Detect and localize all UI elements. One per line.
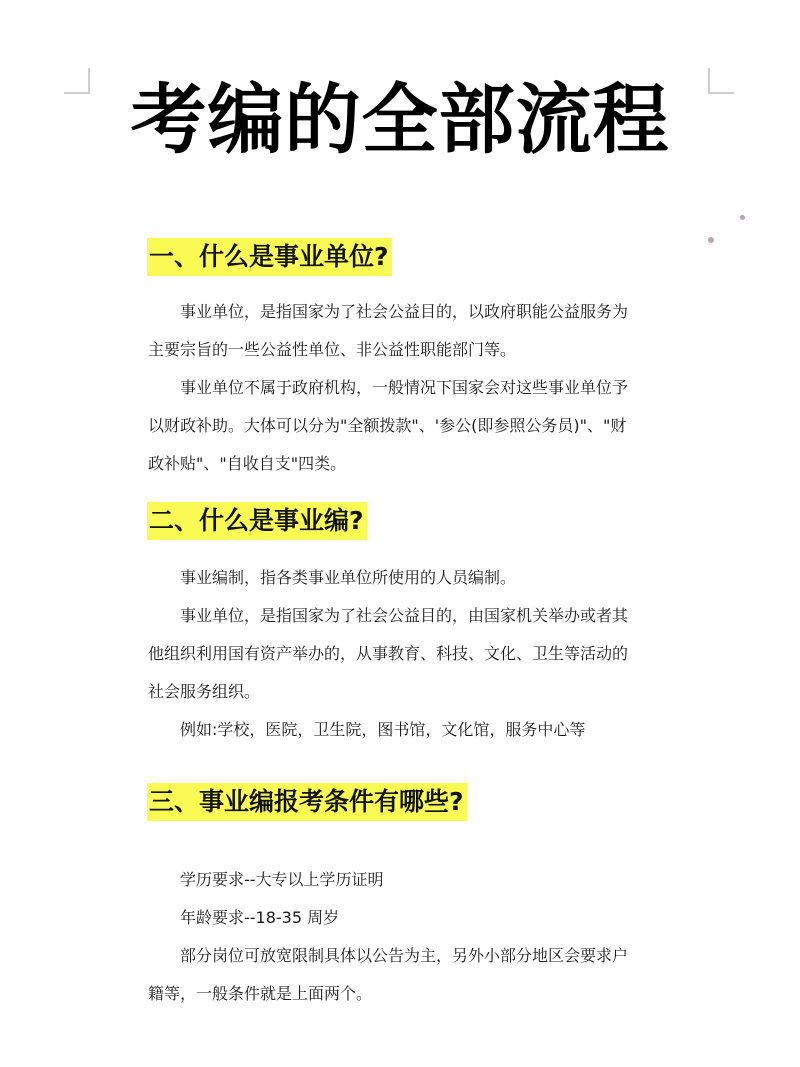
paragraph-line: 部分岗位可放宽限制具体以公告为主，另外小部分地区会要求户 (148, 937, 690, 975)
decorative-dot (740, 215, 745, 220)
section-heading-2: 二、什么是事业编? (147, 502, 367, 540)
paragraph-line: 事业编制，指各类事业单位所使用的人员编制。 (148, 559, 690, 597)
paragraph-line: 事业单位不属于政府机构，一般情况下国家会对这些事业单位予 (148, 369, 690, 407)
section-heading-1: 一、什么是事业单位? (147, 238, 392, 276)
paragraph-line: 学历要求--大专以上学历证明 (148, 861, 690, 899)
section-heading-3: 三、事业编报考条件有哪些? (147, 783, 467, 821)
paragraph-line: 社会服务组织。 (148, 673, 658, 711)
paragraph-line: 以财政补助。大体可以分为"全额拨款"、'参公(即参照公务员)"、"财 (148, 407, 658, 445)
paragraph-line: 例如:学校，医院，卫生院，图书馆，文化馆，服务中心等 (148, 711, 690, 749)
decorative-dot (708, 237, 714, 243)
page-title: 考编的全部流程 (0, 72, 800, 168)
paragraph-line: 事业单位，是指国家为了社会公益目的，由国家机关举办或者其 (148, 597, 690, 635)
paragraph-line: 政补贴"、"自收自支"四类。 (148, 445, 658, 483)
paragraph-line: 籍等，一般条件就是上面两个。 (148, 975, 658, 1013)
paragraph-line: 他组织利用国有资产举办的，从事教育、科技、文化、卫生等活动的 (148, 635, 658, 673)
paragraph-line: 事业单位，是指国家为了社会公益目的，以政府职能公益服务为 (148, 293, 690, 331)
paragraph-line: 主要宗旨的一些公益性单位、非公益性职能部门等。 (148, 331, 658, 369)
paragraph-line: 年龄要求--18-35 周岁 (148, 899, 690, 937)
